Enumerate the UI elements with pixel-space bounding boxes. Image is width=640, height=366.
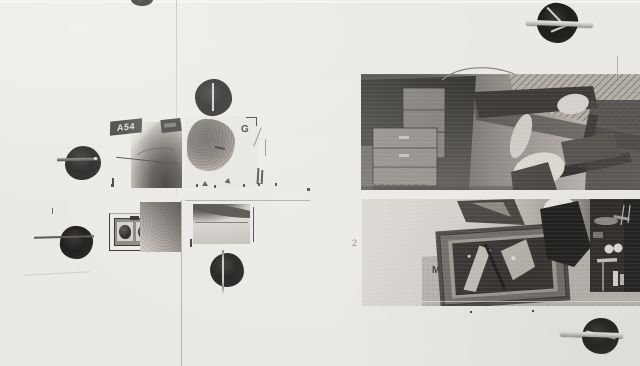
- horizontal-paper-seam-highlight: [0, 0, 640, 3]
- edge-line: [253, 207, 254, 242]
- ink-blob-middle-bottom: [209, 252, 245, 288]
- edge-tick: [261, 170, 263, 184]
- toner-blotch: [187, 119, 235, 171]
- dust-speck: [307, 188, 310, 191]
- edge-tick: [257, 168, 259, 184]
- lamp-cord-curve: [440, 63, 516, 82]
- scratch-mark: [265, 139, 266, 156]
- faint-vertical-mark: [617, 56, 618, 78]
- dust-speck: [196, 184, 198, 187]
- digit-2: 2: [352, 238, 357, 248]
- horizontal-paper-seam-secondary: [185, 200, 310, 201]
- toner-gradient-square: [140, 202, 181, 252]
- vertical-fold-line-bottom: [181, 200, 182, 366]
- scanned-collage-page: A54 G M 2: [0, 0, 640, 366]
- dust-speck: [111, 184, 113, 187]
- body-contour-line: [132, 145, 180, 169]
- dust-speck: [532, 310, 534, 312]
- dust-speck: [52, 208, 53, 214]
- speck-triangle: [202, 181, 208, 186]
- torso-thin-line: [195, 222, 248, 223]
- pin-stick-bottom-right: [560, 331, 623, 338]
- string-through-blob: [222, 250, 224, 294]
- ink-blob-left: [65, 146, 101, 180]
- film-tab: [130, 216, 139, 220]
- photo-office-upside-down: [361, 74, 640, 190]
- pin-tip-glint: [94, 157, 97, 160]
- dust-speck: [470, 311, 472, 313]
- blob-crack: [212, 83, 214, 111]
- office-photo-graphic: [361, 74, 640, 190]
- letter-m: M: [432, 265, 440, 276]
- photo-fragment-torso: [193, 204, 250, 244]
- label-smudge: [164, 122, 176, 127]
- film-window: [117, 222, 133, 241]
- dark-lens-shape: [119, 225, 131, 239]
- speck-triangle: [225, 177, 232, 183]
- tick-mark: [190, 239, 192, 247]
- interior-photo-graphic: [362, 199, 640, 306]
- faint-fold-line: [25, 271, 90, 275]
- dust-speck: [214, 185, 216, 188]
- ink-blob-top-edge: [131, 0, 153, 6]
- ink-blob-lower-left: [59, 225, 94, 260]
- label-a54-text: A54: [117, 121, 135, 133]
- letter-g: G: [241, 124, 249, 135]
- label-tag-dark: [160, 118, 181, 133]
- dust-speck: [258, 183, 260, 186]
- dust-speck: [243, 184, 245, 187]
- dust-speck: [275, 183, 277, 186]
- ink-blob-middle: [193, 77, 234, 118]
- photo-interior-upside-down: [362, 199, 640, 306]
